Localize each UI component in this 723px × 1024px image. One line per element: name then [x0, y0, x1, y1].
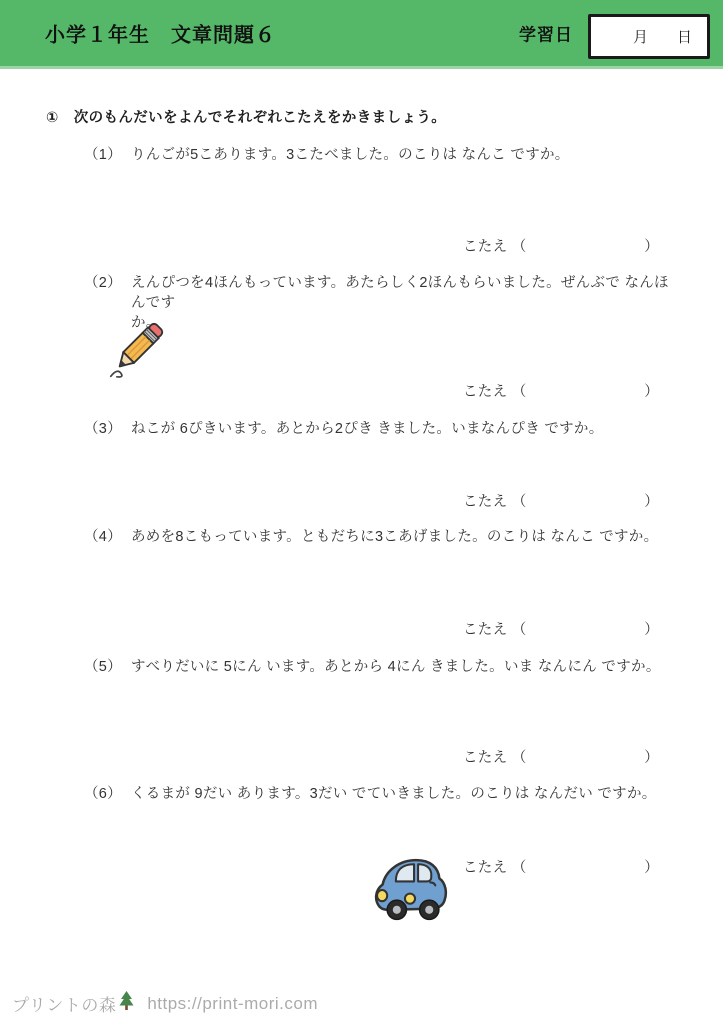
month-label: 月 [633, 26, 648, 47]
problem-text: あめを8こもっています。ともだちに3こあげました。のこりは なんこ ですか。 [131, 527, 658, 547]
study-date-label: 学習日 [519, 21, 573, 46]
worksheet-title: 小学１年生 文章問題６ [45, 19, 276, 48]
answer-close: ） [644, 492, 659, 512]
problem-label: （2） [84, 273, 122, 293]
answer-line-1: こたえ （ ） [463, 237, 659, 257]
problem-row-1: （1） りんごが5こあります。3こたべました。のこりは なんこ ですか。 [84, 145, 570, 165]
site-url: https://print-mori.com [147, 994, 318, 1014]
instruction-line: ① 次のもんだいをよんでそれぞれこたえをかきましょう。 [46, 108, 446, 128]
pencil-icon [106, 316, 172, 382]
answer-close: ） [644, 748, 659, 768]
answer-line-6: こたえ （ ） [463, 858, 659, 878]
answer-close: ） [644, 858, 659, 878]
problem-label: （3） [84, 419, 122, 439]
footer: プリントの森 https://print-mori.com [12, 991, 318, 1016]
problem-row-6: （6） くるまが 9だい あります。3だい でていきました。のこりは なんだい … [84, 784, 657, 804]
car-icon [371, 848, 451, 926]
answer-close: ） [644, 237, 659, 257]
answer-label: こたえ （ [463, 858, 527, 878]
problem-text: すべりだいに 5にん います。あとから 4にん きました。いま なんにん ですか… [131, 657, 661, 677]
problem-text: ねこが 6ぴきいます。あとから2ぴき きました。いまなんぴき ですか。 [131, 419, 604, 439]
answer-label: こたえ （ [463, 748, 527, 768]
problem-row-4: （4） あめを8こもっています。ともだちに3こあげました。のこりは なんこ です… [84, 527, 658, 547]
problem-row-2: （2） えんぴつを4ほんもっています。あたらしく2ほんもらいました。ぜんぶで な… [84, 273, 679, 333]
answer-label: こたえ （ [463, 237, 527, 257]
answer-close: ） [644, 382, 659, 402]
problem-label: （1） [84, 145, 122, 165]
problem-text: くるまが 9だい あります。3だい でていきました。のこりは なんだい ですか。 [131, 784, 657, 804]
problem-label: （6） [84, 784, 122, 804]
answer-label: こたえ （ [463, 492, 527, 512]
header-bar: 小学１年生 文章問題６ 学習日 月 日 [0, 0, 723, 69]
answer-line-5: こたえ （ ） [463, 748, 659, 768]
answer-line-4: こたえ （ ） [463, 620, 659, 640]
answer-close: ） [644, 620, 659, 640]
instruction-number: ① [46, 108, 59, 128]
problem-text: りんごが5こあります。3こたべました。のこりは なんこ ですか。 [131, 145, 570, 165]
evergreen-tree-icon [118, 991, 135, 1016]
date-box: 月 日 [588, 14, 710, 59]
site-name: プリントの森 [12, 991, 116, 1016]
problem-row-3: （3） ねこが 6ぴきいます。あとから2ぴき きました。いまなんぴき ですか。 [84, 419, 604, 439]
answer-line-2: こたえ （ ） [463, 382, 659, 402]
answer-line-3: こたえ （ ） [463, 492, 659, 512]
problem-label: （4） [84, 527, 122, 547]
answer-label: こたえ （ [463, 382, 527, 402]
problem-label: （5） [84, 657, 122, 677]
day-label: 日 [677, 26, 692, 47]
instruction-text: 次のもんだいをよんでそれぞれこたえをかきましょう。 [74, 108, 447, 128]
problem-row-5: （5） すべりだいに 5にん います。あとから 4にん きました。いま なんにん… [84, 657, 661, 677]
answer-label: こたえ （ [463, 620, 527, 640]
problem-text: えんぴつを4ほんもっています。あたらしく2ほんもらいました。ぜんぶで なんほんで… [131, 273, 679, 333]
